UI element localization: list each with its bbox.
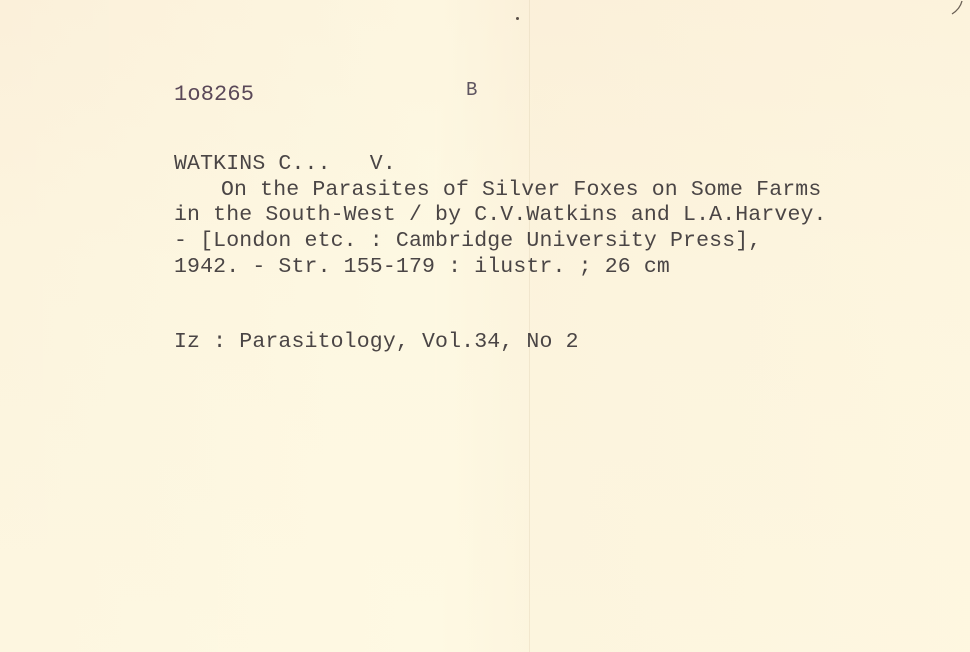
publication-line-2: 1942. - Str. 155-179 : ilustr. ; 26 cm	[174, 255, 670, 280]
catalog-card: 1o8265 B WATKINS C... V. On the Parasite…	[0, 0, 970, 652]
ink-speck	[516, 17, 519, 20]
accession-number: 1o8265	[174, 82, 254, 107]
pen-mark-icon	[950, 0, 964, 16]
publication-line-1: - [London etc. : Cambridge University Pr…	[174, 229, 761, 254]
source-note: Iz : Parasitology, Vol.34, No 2	[174, 330, 579, 355]
title-line-2: in the South-West / by C.V.Watkins and L…	[174, 203, 827, 228]
location-mark: B	[466, 78, 478, 103]
paper-fold-line	[529, 0, 530, 652]
author-heading: WATKINS C... V.	[174, 152, 396, 177]
title-line-1: On the Parasites of Silver Foxes on Some…	[221, 178, 821, 203]
